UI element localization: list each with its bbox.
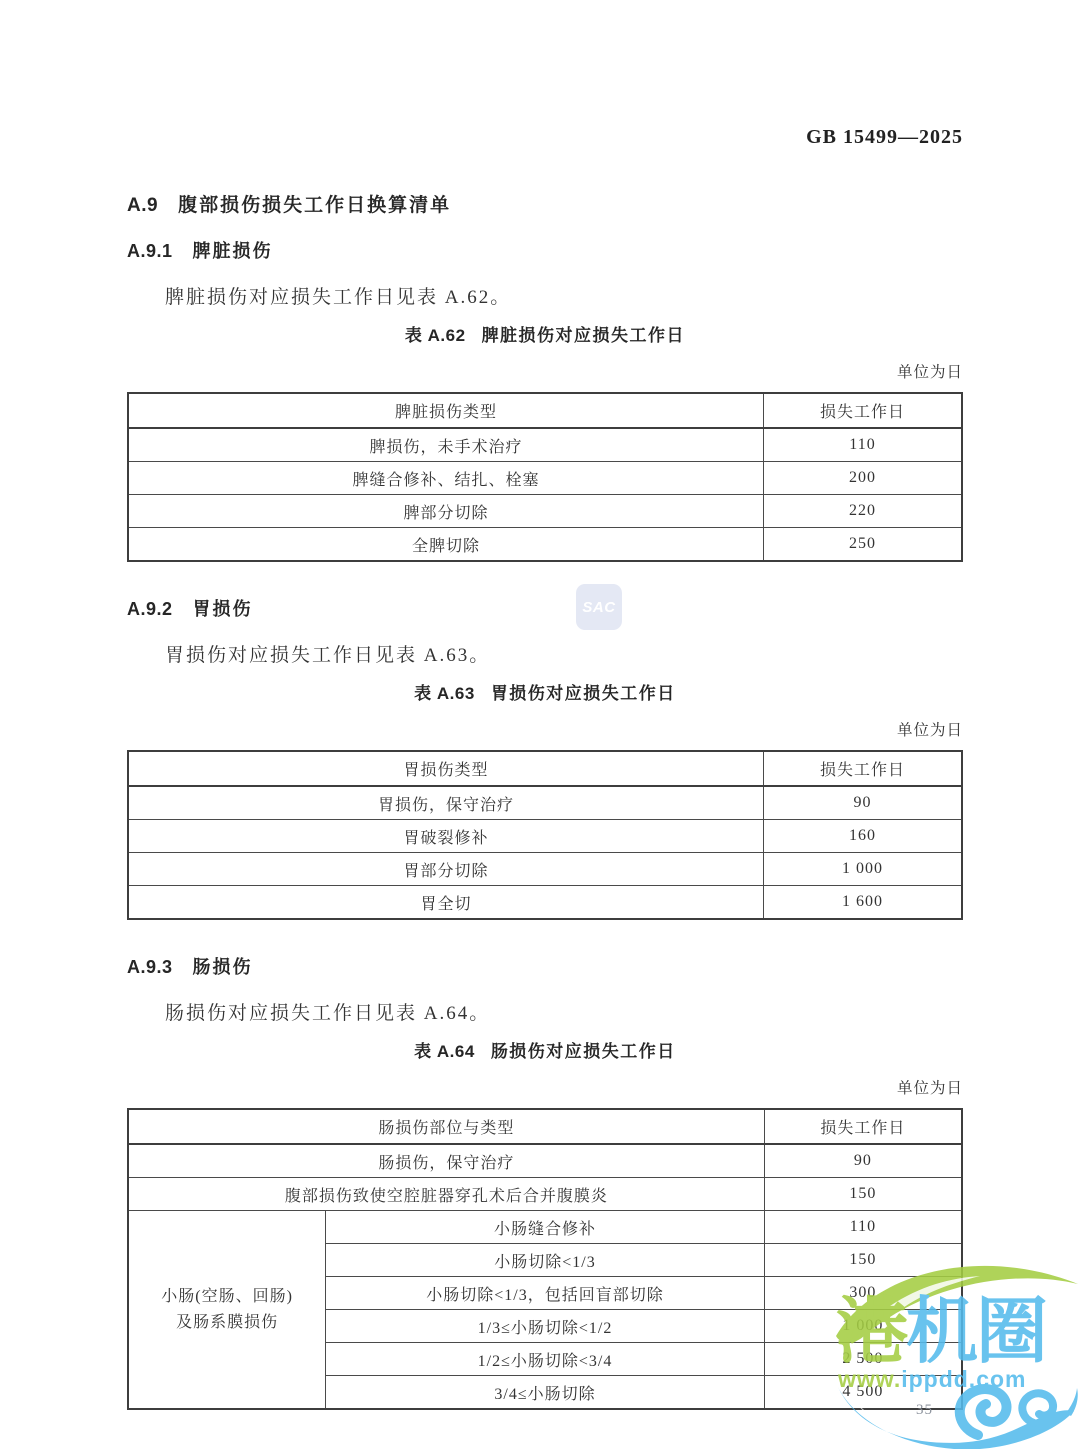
- table-row: 小肠(空肠、回肠) 及肠系膜损伤 小肠缝合修补 110: [128, 1211, 962, 1244]
- table-caption-title: 肠损伤对应损失工作日: [491, 1042, 676, 1061]
- page-content: GB 15499—2025 A.9腹部损伤损失工作日换算清单 A.9.1脾脏损伤…: [127, 0, 963, 1410]
- scanned-standard-page: { "doc_code": "GB 15499—2025", "section"…: [0, 0, 1080, 1449]
- intro-paragraph: 胃损伤对应损失工作日见表 A.63。: [127, 644, 963, 668]
- table-caption-title: 胃损伤对应损失工作日: [491, 684, 676, 703]
- subsection-number: A.9.1: [127, 241, 173, 261]
- doc-code: GB 15499—2025: [127, 126, 963, 148]
- intro-paragraph: 脾脏损伤对应损失工作日见表 A.62。: [127, 286, 963, 310]
- subsection-title: 胃损伤: [193, 599, 253, 619]
- table-header-row: 脾脏损伤类型 损失工作日: [128, 393, 962, 428]
- days-cell: 250: [764, 528, 963, 562]
- table-row: 脾损伤，未手术治疗110: [128, 428, 962, 462]
- days-cell: 150: [764, 1178, 962, 1211]
- subsection-heading-a92: A.9.2胃损伤: [127, 598, 963, 620]
- table-row: 胃部分切除1 000: [128, 853, 962, 886]
- table-caption-a63: 表 A.63胃损伤对应损失工作日: [127, 682, 963, 706]
- unit-note: 单位为日: [127, 1080, 963, 1098]
- injury-type-cell: 全脾切除: [128, 528, 764, 562]
- column-header-days: 损失工作日: [764, 393, 963, 428]
- table-caption-title: 脾脏损伤对应损失工作日: [482, 326, 686, 345]
- column-header-type: 脾脏损伤类型: [128, 393, 764, 428]
- days-cell: 90: [764, 786, 963, 820]
- subsection-title: 脾脏损伤: [193, 241, 273, 261]
- row-group-label-line1: 小肠(空肠、回肠): [133, 1284, 321, 1310]
- injury-type-cell: 肠损伤，保守治疗: [128, 1144, 764, 1178]
- table-row: 胃损伤，保守治疗90: [128, 786, 962, 820]
- subsection-number: A.9.2: [127, 599, 173, 619]
- unit-note: 单位为日: [127, 722, 963, 740]
- days-cell: 1 000: [764, 853, 963, 886]
- table-row: 全脾切除250: [128, 528, 962, 562]
- injury-type-cell: 腹部损伤致使空腔脏器穿孔术后合并腹膜炎: [128, 1178, 764, 1211]
- days-cell: 1 000: [764, 1310, 962, 1343]
- unit-note: 单位为日: [127, 364, 963, 382]
- table-caption-a62: 表 A.62脾脏损伤对应损失工作日: [127, 324, 963, 348]
- subsection-title: 肠损伤: [193, 957, 253, 977]
- column-header-type: 肠损伤部位与类型: [128, 1109, 764, 1144]
- column-header-days: 损失工作日: [764, 1109, 962, 1144]
- injury-type-cell: 小肠缝合修补: [326, 1211, 765, 1244]
- section-number: A.9: [127, 195, 158, 216]
- table-caption-a64: 表 A.64肠损伤对应损失工作日: [127, 1040, 963, 1064]
- subsection-number: A.9.3: [127, 957, 173, 977]
- subsection-heading-a93: A.9.3肠损伤: [127, 956, 963, 978]
- days-cell: 110: [764, 428, 963, 462]
- table-header-row: 胃损伤类型 损失工作日: [128, 751, 962, 786]
- injury-type-cell: 1/3≤小肠切除<1/2: [326, 1310, 765, 1343]
- days-cell: 1 600: [764, 886, 963, 920]
- row-group-label-line2: 及肠系膜损伤: [133, 1310, 321, 1336]
- table-caption-number: 表 A.63: [414, 684, 475, 703]
- row-group-cell: 小肠(空肠、回肠) 及肠系膜损伤: [128, 1211, 326, 1410]
- injury-type-cell: 小肠切除<1/3，包括回盲部切除: [326, 1277, 765, 1310]
- days-cell: 200: [764, 462, 963, 495]
- table-a64: 肠损伤部位与类型 损失工作日 肠损伤，保守治疗 90 腹部损伤致使空腔脏器穿孔术…: [127, 1108, 963, 1410]
- injury-type-cell: 脾缝合修补、结扎、栓塞: [128, 462, 764, 495]
- table-row: 脾部分切除220: [128, 495, 962, 528]
- injury-type-cell: 胃部分切除: [128, 853, 764, 886]
- table-row: 胃全切1 600: [128, 886, 962, 920]
- table-row: 腹部损伤致使空腔脏器穿孔术后合并腹膜炎 150: [128, 1178, 962, 1211]
- table-a62: 脾脏损伤类型 损失工作日 脾损伤，未手术治疗110 脾缝合修补、结扎、栓塞200…: [127, 392, 963, 562]
- table-caption-number: 表 A.62: [405, 326, 466, 345]
- injury-type-cell: 1/2≤小肠切除<3/4: [326, 1343, 765, 1376]
- days-cell: 220: [764, 495, 963, 528]
- injury-type-cell: 脾部分切除: [128, 495, 764, 528]
- column-header-type: 胃损伤类型: [128, 751, 764, 786]
- table-caption-number: 表 A.64: [414, 1042, 475, 1061]
- table-row: 胃破裂修补160: [128, 820, 962, 853]
- table-row: 脾缝合修补、结扎、栓塞200: [128, 462, 962, 495]
- injury-type-cell: 小肠切除<1/3: [326, 1244, 765, 1277]
- days-cell: 2 500: [764, 1343, 962, 1376]
- subsection-heading-a91: A.9.1脾脏损伤: [127, 240, 963, 262]
- section-title: 腹部损伤损失工作日换算清单: [178, 195, 451, 216]
- sac-watermark-logo: SAC: [576, 584, 622, 630]
- brand-char-quan: 圈: [976, 1292, 1046, 1372]
- intro-paragraph: 肠损伤对应损失工作日见表 A.64。: [127, 1002, 963, 1026]
- page-number: 35: [916, 1402, 933, 1419]
- injury-type-cell: 胃全切: [128, 886, 764, 920]
- days-cell: 300: [764, 1277, 962, 1310]
- column-header-days: 损失工作日: [764, 751, 963, 786]
- injury-type-cell: 胃损伤，保守治疗: [128, 786, 764, 820]
- days-cell: 90: [764, 1144, 962, 1178]
- days-cell: 110: [764, 1211, 962, 1244]
- injury-type-cell: 胃破裂修补: [128, 820, 764, 853]
- days-cell: 150: [764, 1244, 962, 1277]
- days-cell: 160: [764, 820, 963, 853]
- section-heading-a9: A.9腹部损伤损失工作日换算清单: [127, 195, 963, 217]
- table-header-row: 肠损伤部位与类型 损失工作日: [128, 1109, 962, 1144]
- injury-type-cell: 脾损伤，未手术治疗: [128, 428, 764, 462]
- injury-type-cell: 3/4≤小肠切除: [326, 1376, 765, 1410]
- table-a63: 胃损伤类型 损失工作日 胃损伤，保守治疗90 胃破裂修补160 胃部分切除1 0…: [127, 750, 963, 920]
- table-row: 肠损伤，保守治疗 90: [128, 1144, 962, 1178]
